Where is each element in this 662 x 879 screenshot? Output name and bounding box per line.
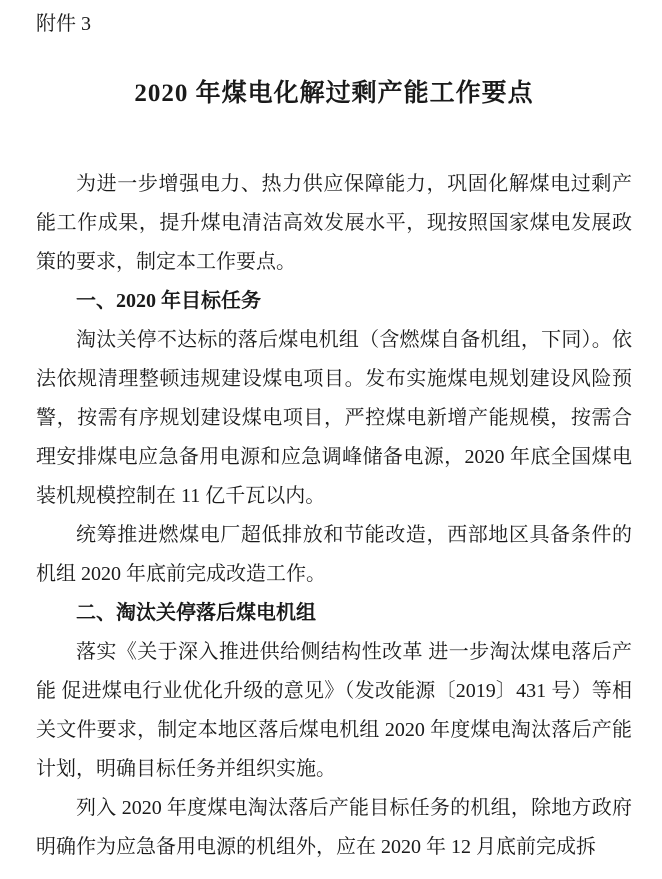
body-paragraph: 统筹推进燃煤电厂超低排放和节能改造，西部地区具备条件的机组 2020 年底前完成… <box>36 516 632 594</box>
document-title: 2020 年煤电化解过剩产能工作要点 <box>36 76 632 112</box>
body-paragraph: 为进一步增强电力、热力供应保障能力，巩固化解煤电过剩产能工作成果，提升煤电清洁高… <box>36 165 632 282</box>
attachment-label: 附件 3 <box>36 10 632 38</box>
body-paragraph: 落实《关于深入推进供给侧结构性改革 进一步淘汰煤电落后产能 促进煤电行业优化升级… <box>36 633 632 789</box>
body-paragraph: 列入 2020 年度煤电淘汰落后产能目标任务的机组，除地方政府明确作为应急备用电… <box>36 789 632 867</box>
section-heading: 一、2020 年目标任务 <box>36 282 632 321</box>
body-paragraph: 淘汰关停不达标的落后煤电机组（含燃煤自备机组，下同）。依法依规清理整顿违规建设煤… <box>36 321 632 516</box>
document-page: 附件 3 2020 年煤电化解过剩产能工作要点 为进一步增强电力、热力供应保障能… <box>0 0 662 879</box>
section-heading: 二、淘汰关停落后煤电机组 <box>36 594 632 633</box>
document-body: 为进一步增强电力、热力供应保障能力，巩固化解煤电过剩产能工作成果，提升煤电清洁高… <box>36 165 632 867</box>
